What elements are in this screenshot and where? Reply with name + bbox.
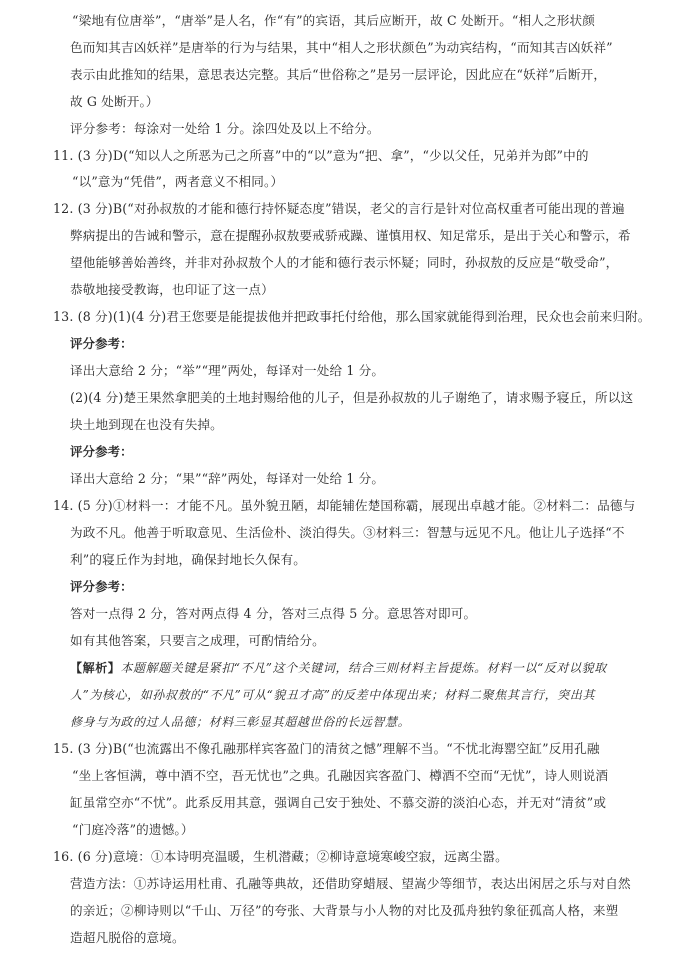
text-line: 答对一点得 2 分，答对两点得 4 分，答对三点得 5 分。意思答对即可。: [70, 605, 476, 623]
text-line: 块土地到现在也没有失掉。: [70, 416, 223, 434]
text-line: “以”意为“凭借”，两者意义不相同。）: [72, 173, 283, 191]
question-11: 11. (3 分)D(“知以人之所恶为己之所喜”中的“以”意为“把、拿”，“少以…: [53, 147, 589, 165]
question-15: 15. (3 分)B(“也流露出不像孔融那样宾客盈门的清贫之憾”理解不当。“不忧…: [53, 740, 600, 758]
analysis-line: 人”为核心，如孙叔敖的“不凡”可从“貌丑才高”的反差中体现出来；材料二聚焦其言行…: [70, 686, 595, 704]
text-line: 的亲近；②柳诗则以“千山、万径”的夸张、大背景与小人物的对比及孤舟独钓象征孤高人…: [70, 902, 618, 920]
question-14: 14. (5 分)①材料一：才能不凡。虽外貌丑陋，却能辅佐楚国称霸，展现出卓越才…: [53, 497, 635, 515]
text-line: 故 G 处断开。）: [70, 93, 159, 111]
text-line: “坐上客恒满，尊中酒不空，吾无忧也”之典。孔融因宾客盈门、樽酒不空而“无忧”，诗…: [72, 767, 608, 785]
text-line: 译出大意给 2 分；“举”“理”两处，每译对一处给 1 分。: [70, 362, 384, 380]
scoring-note: 评分参考：每涂对一处给 1 分。涂四处及以上不给分。: [70, 120, 380, 138]
question-12: 12. (3 分)B(“对孙叔敖的才能和德行持怀疑态度”错误，老父的言行是针对位…: [53, 200, 625, 218]
text-line: 望他能够善始善终，并非对孙叔敖个人的才能和德行表示怀疑；同时，孙叔敖的反应是“敬…: [70, 254, 618, 272]
text-line: 译出大意给 2 分；“果”“辞”两处，每译对一处给 1 分。: [70, 470, 384, 488]
text-line: 营造方法：①苏诗运用杜甫、孔融等典故，还借助穿蜡屐、望嵩少等细节，表达出闲居之乐…: [70, 875, 631, 893]
text-line: “门庭冷落”的遗憾。）: [72, 821, 194, 839]
text-line: 缸虽常空亦“不忧”。此系反用其意，强调自己安于独处、不慕交游的淡泊心态，并无对“…: [70, 794, 606, 812]
text-line: “梁地有位唐举”，“唐举”是人名，作“有”的宾语，其后应断开，故 C 处断开。“…: [72, 12, 595, 30]
analysis-line: 【解析】本题解题关键是紧扣“不凡”这个关键词，结合三则材料主旨提炼。材料一以“反…: [70, 659, 607, 677]
answer-key-page: “梁地有位唐举”，“唐举”是人名，作“有”的宾语，其后应断开，故 C 处断开。“…: [0, 0, 692, 957]
text-line: 利”的寝丘作为封地，确保封地长久保有。: [70, 551, 306, 569]
analysis-line: 修身与为政的过人品德；材料三彰显其超越世俗的长远智慧。: [70, 713, 410, 731]
text-line: 表示由此推知的结果，意思表达完整。其后“世俗称之”是另一层评论，因此应在“妖祥”…: [70, 66, 606, 84]
text-line: 恭敬地接受教诲，也印证了这一点）: [70, 281, 274, 299]
scoring-heading: 评分参考：: [70, 443, 133, 461]
analysis-label: 【解析】: [70, 661, 120, 675]
scoring-heading: 评分参考：: [70, 335, 133, 353]
question-13: 13. (8 分)(1)(4 分)君王您要是能提拔他并把政事托付给他，那么国家就…: [53, 308, 651, 326]
scoring-heading: 评分参考：: [70, 578, 133, 596]
text-line: (2)(4 分)楚王果然拿肥美的土地封赐给他的儿子，但是孙叔敖的儿子谢绝了，请求…: [70, 389, 633, 407]
text-line: 造超凡脱俗的意境。: [70, 929, 185, 947]
text-line: 弊病提出的告诫和警示，意在提醒孙叔敖要戒骄戒躁、谨慎用权、知足常乐，是出于关心和…: [70, 227, 631, 245]
text-line: 色而知其吉凶妖祥”是唐举的行为与结果，其中“相人之形状颜色”为动宾结构，“而知其…: [70, 39, 613, 57]
text-line: 为政不凡。他善于听取意见、生活俭朴、淡泊得失。③材料三：智慧与远见不凡。他让儿子…: [70, 524, 625, 542]
question-16: 16. (6 分)意境：①本诗明亮温暖，生机潜藏；②柳诗意境寒峻空寂，远离尘嚣。: [53, 848, 508, 866]
text-line: 如有其他答案，只要言之成理，可酌情给分。: [70, 632, 325, 650]
